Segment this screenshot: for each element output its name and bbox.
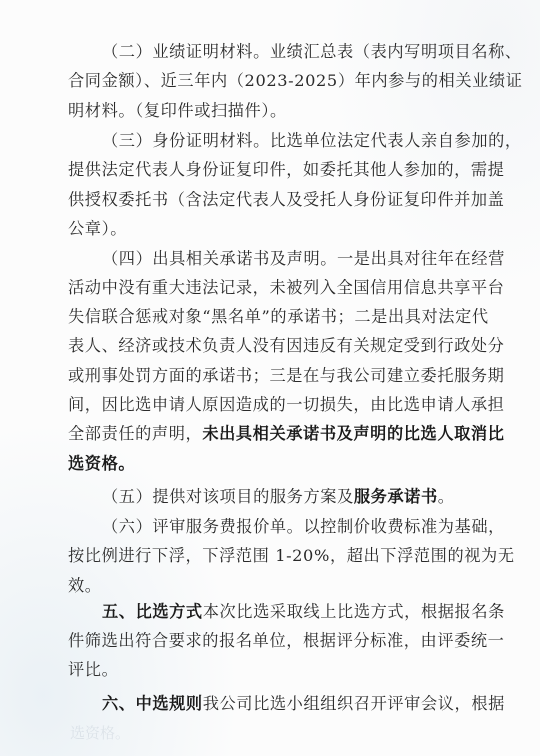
para-commitment-line-7: 全部责任的声明，未出具相关承诺书及声明的比选人取消比 bbox=[68, 422, 478, 446]
para-commitment-line-6: 间，因比选申请人原因造成的一切损失，由比选申请人承担 bbox=[68, 393, 478, 417]
para-quote-line-1: （六）评审服务费报价单。以控制价收费标准为基础， bbox=[102, 515, 478, 539]
para-identity-line-1: （三）身份证明材料。比选单位法定代表人亲自参加的， bbox=[102, 129, 478, 153]
service-plan-text: （五）提供对该项目的服务方案及 bbox=[102, 487, 354, 506]
para-identity-line-4: 公章）。 bbox=[68, 217, 478, 241]
para-identity-line-3: 供授权委托书（含法定代表人及受托人身份证复印件并加盖 bbox=[68, 188, 478, 212]
para-performance-line-2: 合同金额）、近三年内（2023-2025）年内参与的相关业绩证 bbox=[68, 69, 478, 93]
section-selection-method-line-2: 件筛选出符合要求的报名单位，根据评分标准，由评委统一 bbox=[68, 629, 478, 653]
section-heading-selection-method: 五、比选方式 bbox=[102, 602, 203, 621]
para-quote-line-3: 效。 bbox=[68, 574, 478, 598]
commitment-statement-text: 全部责任的声明， bbox=[68, 424, 202, 443]
section-selection-method-line-3: 评比。 bbox=[68, 658, 478, 682]
section-selection-method-line-1: 五、比选方式本次比选采取线上比选方式，根据报名条 bbox=[102, 600, 478, 624]
para-commitment-line-8: 选资格。 bbox=[68, 452, 478, 476]
section-winning-rules-line-1: 六、中选规则我公司比选小组组织召开评审会议，根据 bbox=[102, 692, 478, 716]
para-commitment-line-1: （四）出具相关承诺书及声明。一是出具对往年在经营 bbox=[102, 247, 478, 271]
para-commitment-line-3: 失信联合惩戒对象“黑名单”的承诺书；二是出具对法定代 bbox=[68, 305, 478, 329]
para-performance-line-3: 明材料。（复印件或扫描件）。 bbox=[68, 99, 478, 123]
para-commitment-line-2: 活动中没有重大违法记录，未被列入全国信用信息共享平台 bbox=[68, 276, 478, 300]
service-commitment-bold: 服务承诺书 bbox=[354, 487, 438, 506]
para-commitment-line-4: 表人、经济或技术负责人没有因违反有关规定受到行政处分 bbox=[68, 334, 478, 358]
para-service-plan: （五）提供对该项目的服务方案及服务承诺书。 bbox=[102, 485, 478, 509]
disqualification-warning: 未出具相关承诺书及声明的比选人取消比 bbox=[202, 424, 504, 443]
service-plan-end: 。 bbox=[438, 487, 455, 506]
document-page: （二）业绩证明材料。业绩汇总表（表内写明项目名称、 合同金额）、近三年内（202… bbox=[0, 0, 540, 756]
para-performance-line-1: （二）业绩证明材料。业绩汇总表（表内写明项目名称、 bbox=[102, 40, 478, 64]
section-heading-winning-rules: 六、中选规则 bbox=[102, 694, 203, 713]
para-commitment-line-5: 或刑事处罚方面的承诺书；三是在与我公司建立委托服务期 bbox=[68, 364, 478, 388]
para-quote-line-2: 按比例进行下浮，下浮范围 1-20%，超出下浮范围的视为无 bbox=[68, 544, 478, 568]
para-identity-line-2: 提供法定代表人身份证复印件，如委托其他人参加的，需提 bbox=[68, 158, 478, 182]
bleed-through-text: 选资格。 bbox=[70, 722, 130, 743]
selection-method-text: 本次比选采取线上比选方式，根据报名条 bbox=[203, 602, 505, 621]
winning-rules-text: 我公司比选小组组织召开评审会议，根据 bbox=[203, 694, 505, 713]
